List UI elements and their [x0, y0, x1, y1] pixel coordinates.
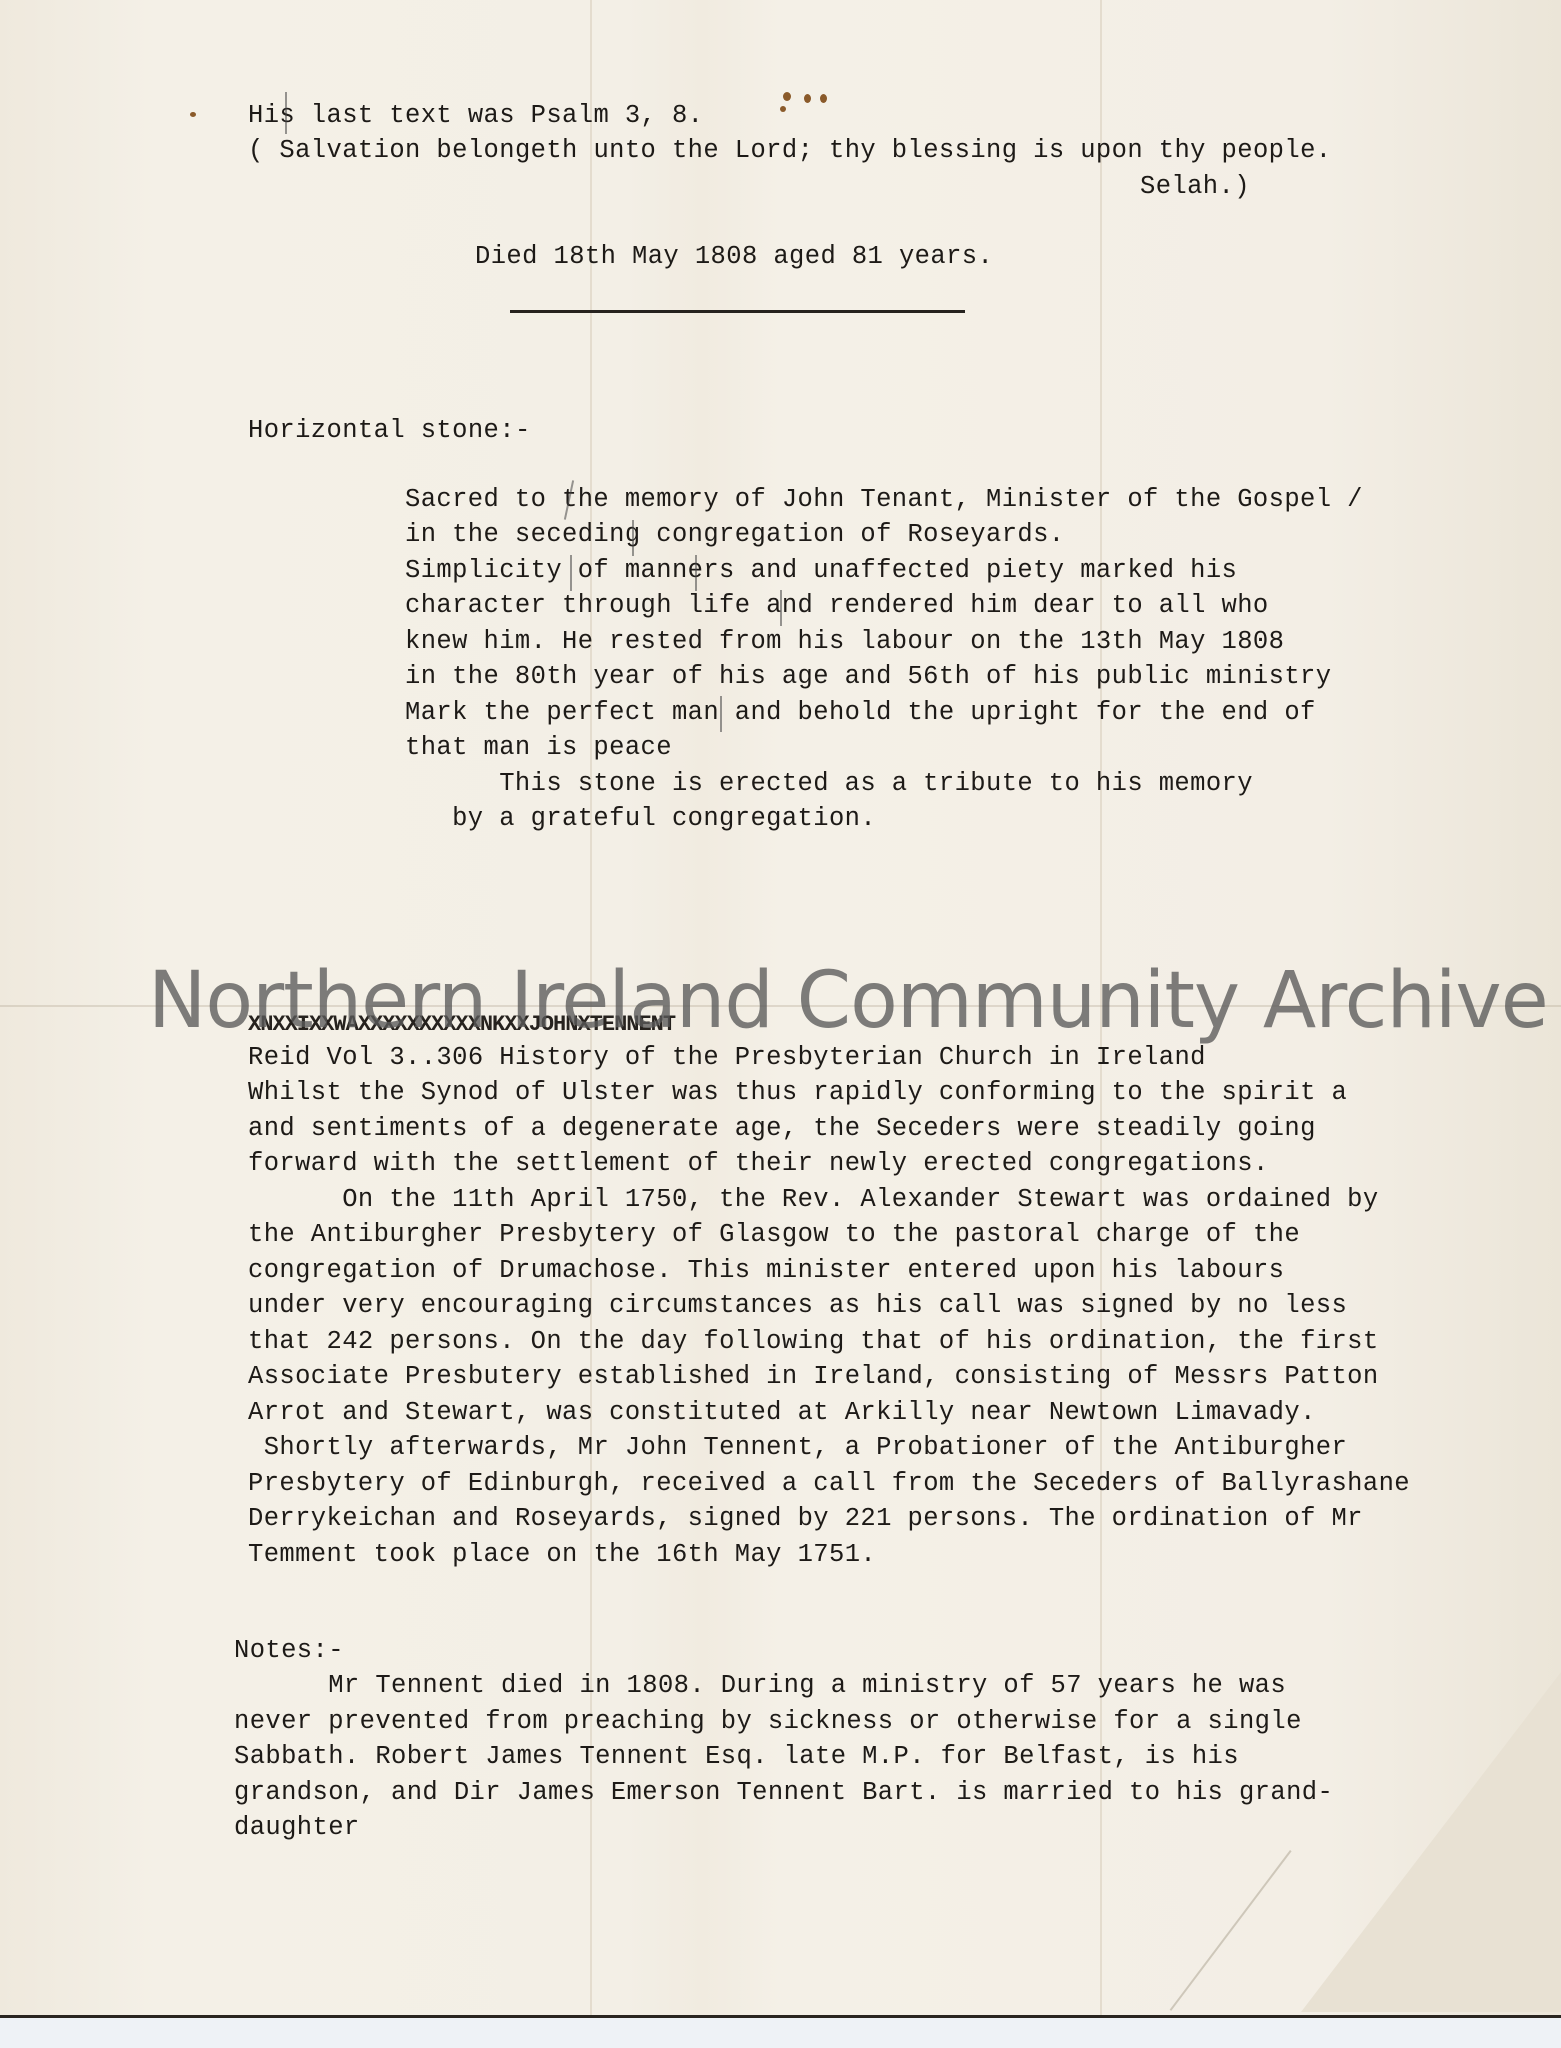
reid-paragraph-line: Whilst the Synod of Ulster was thus rapi… [248, 1080, 1347, 1106]
notes-line: never prevented from preaching by sickne… [234, 1709, 1302, 1735]
separator-rule [510, 310, 965, 313]
notes-line: Mr Tennent died in 1808. During a minist… [234, 1673, 1286, 1699]
inscription-line: Sacred to the memory of John Tenant, Min… [405, 487, 1363, 513]
notes-line: daughter [234, 1815, 360, 1841]
reid-paragraph-line: Shortly afterwards, Mr John Tennent, a P… [248, 1435, 1347, 1461]
notes-line: Sabbath. Robert James Tennent Esq. late … [234, 1744, 1239, 1770]
reid-paragraph-line: Temment took place on the 16th May 1751. [248, 1542, 876, 1568]
inscription-line: Mark the perfect man and behold the upri… [405, 700, 1316, 726]
reid-paragraph-line: under very encouraging circumstances as … [248, 1293, 1347, 1319]
reid-paragraph-line: Arrot and Stewart, was constituted at Ar… [248, 1400, 1316, 1426]
stain-spot [780, 106, 786, 112]
inscription-line: that man is peace [405, 735, 672, 761]
horizontal-stone-heading: Horizontal stone:- [248, 418, 531, 444]
inscription-line: knew him. He rested from his labour on t… [405, 629, 1284, 655]
stain-spot [783, 92, 791, 101]
pencil-mark [780, 590, 782, 626]
reid-paragraph-line: that 242 persons. On the day following t… [248, 1329, 1379, 1355]
pencil-mark [632, 520, 634, 556]
inscription-line: by a grateful congregation. [405, 806, 876, 832]
reid-source-line: Reid Vol 3..306 History of the Presbyter… [248, 1045, 1206, 1071]
reid-paragraph-line: congregation of Drumachose. This ministe… [248, 1258, 1284, 1284]
inscription-line: character through life and rendered him … [405, 593, 1269, 619]
inscription-line: in the 80th year of his age and 56th of … [405, 664, 1331, 690]
archive-watermark: Northern Ireland Community Archive [148, 962, 1548, 1040]
reid-paragraph-line: Derrykeichan and Roseyards, signed by 22… [248, 1506, 1363, 1532]
died-line: Died 18th May 1808 aged 81 years. [475, 244, 993, 270]
inscription-line: This stone is erected as a tribute to hi… [405, 771, 1253, 797]
inscription-line: in the seceding congregation of Roseyard… [405, 522, 1065, 548]
pencil-mark [695, 555, 697, 591]
typed-document-page: His last text was Psalm 3, 8. ( Salvatio… [0, 0, 1561, 2018]
folded-corner [1301, 1672, 1561, 2012]
verse-line: ( Salvation belongeth unto the Lord; thy… [248, 138, 1331, 164]
pencil-mark [720, 696, 722, 732]
last-text-line: His last text was Psalm 3, 8. [248, 103, 703, 129]
reid-paragraph-line: forward with the settlement of their new… [248, 1151, 1269, 1177]
inscription-line: Simplicity of manners and unaffected pie… [405, 558, 1237, 584]
reid-paragraph-line: On the 11th April 1750, the Rev. Alexand… [248, 1187, 1379, 1213]
stain-spot [820, 94, 827, 103]
reid-paragraph-line: Associate Presbutery established in Irel… [248, 1364, 1379, 1390]
pencil-mark [285, 92, 287, 134]
stain-spot [804, 94, 811, 103]
verse-selah: Selah.) [1140, 174, 1250, 200]
notes-heading: Notes:- [234, 1638, 344, 1664]
folded-corner-edge [1170, 1850, 1292, 2011]
notes-line: grandson, and Dir James Emerson Tennent … [234, 1780, 1333, 1806]
reid-paragraph-line: Presbytery of Edinburgh, received a call… [248, 1471, 1410, 1497]
pencil-mark [570, 555, 572, 591]
stain-spot [190, 112, 196, 117]
reid-paragraph-line: and sentiments of a degenerate age, the … [248, 1116, 1316, 1142]
reid-paragraph-line: the Antiburgher Presbytery of Glasgow to… [248, 1222, 1300, 1248]
